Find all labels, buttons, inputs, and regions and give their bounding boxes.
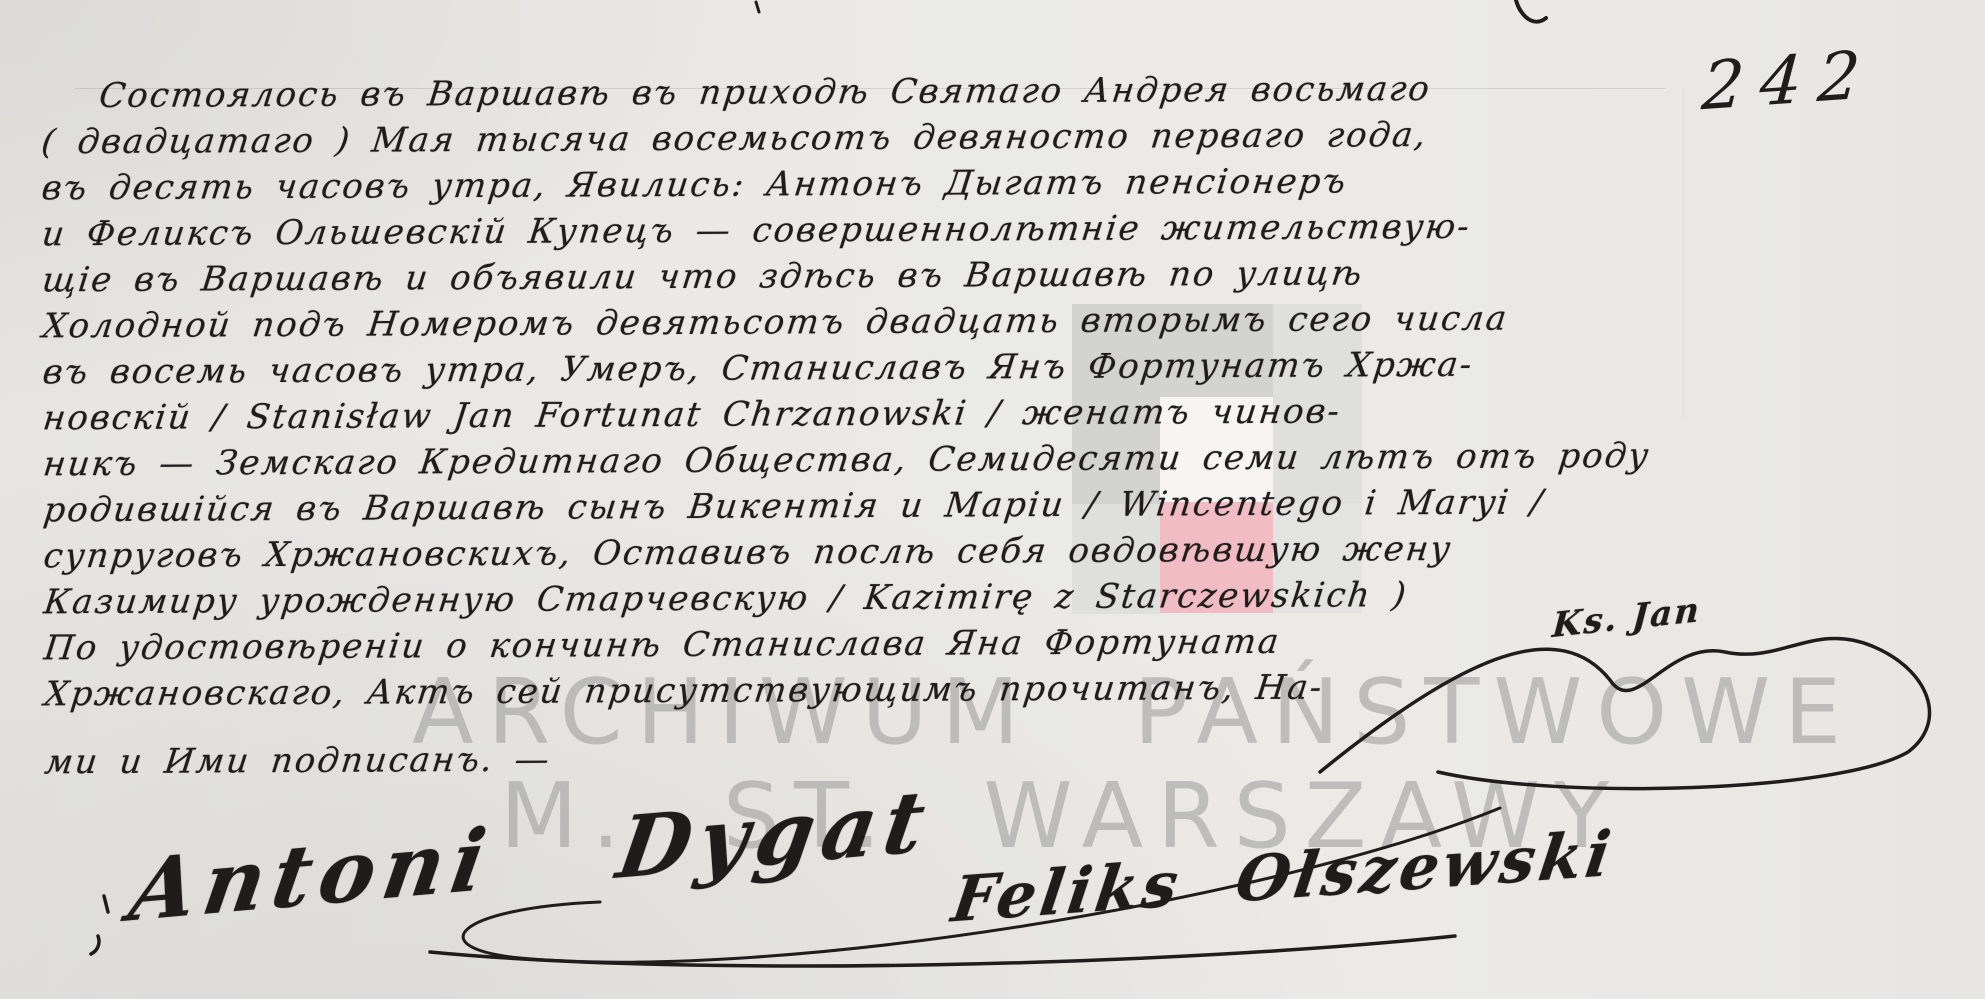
stray-ink-mark-top — [1516, 0, 1546, 22]
witness1-signature-flourish — [430, 936, 1455, 966]
stray-ink-mark-bottom — [104, 896, 108, 912]
stray-ink-mark-comma — [91, 936, 99, 954]
record-line: Хржановскаго, Актъ сей присутствующимъ п… — [42, 666, 1707, 721]
scanned-death-record-page: ARCHIWUM PAŃSTWOWE M. ST. WARSZAWY 242 С… — [0, 0, 1985, 999]
handwritten-record-text: Состоялось въ Варшавѣ въ приходѣ Святаго… — [38, 68, 1702, 789]
stray-ink-mark-top-small — [756, 2, 759, 12]
record-number: 242 — [1699, 36, 1878, 126]
